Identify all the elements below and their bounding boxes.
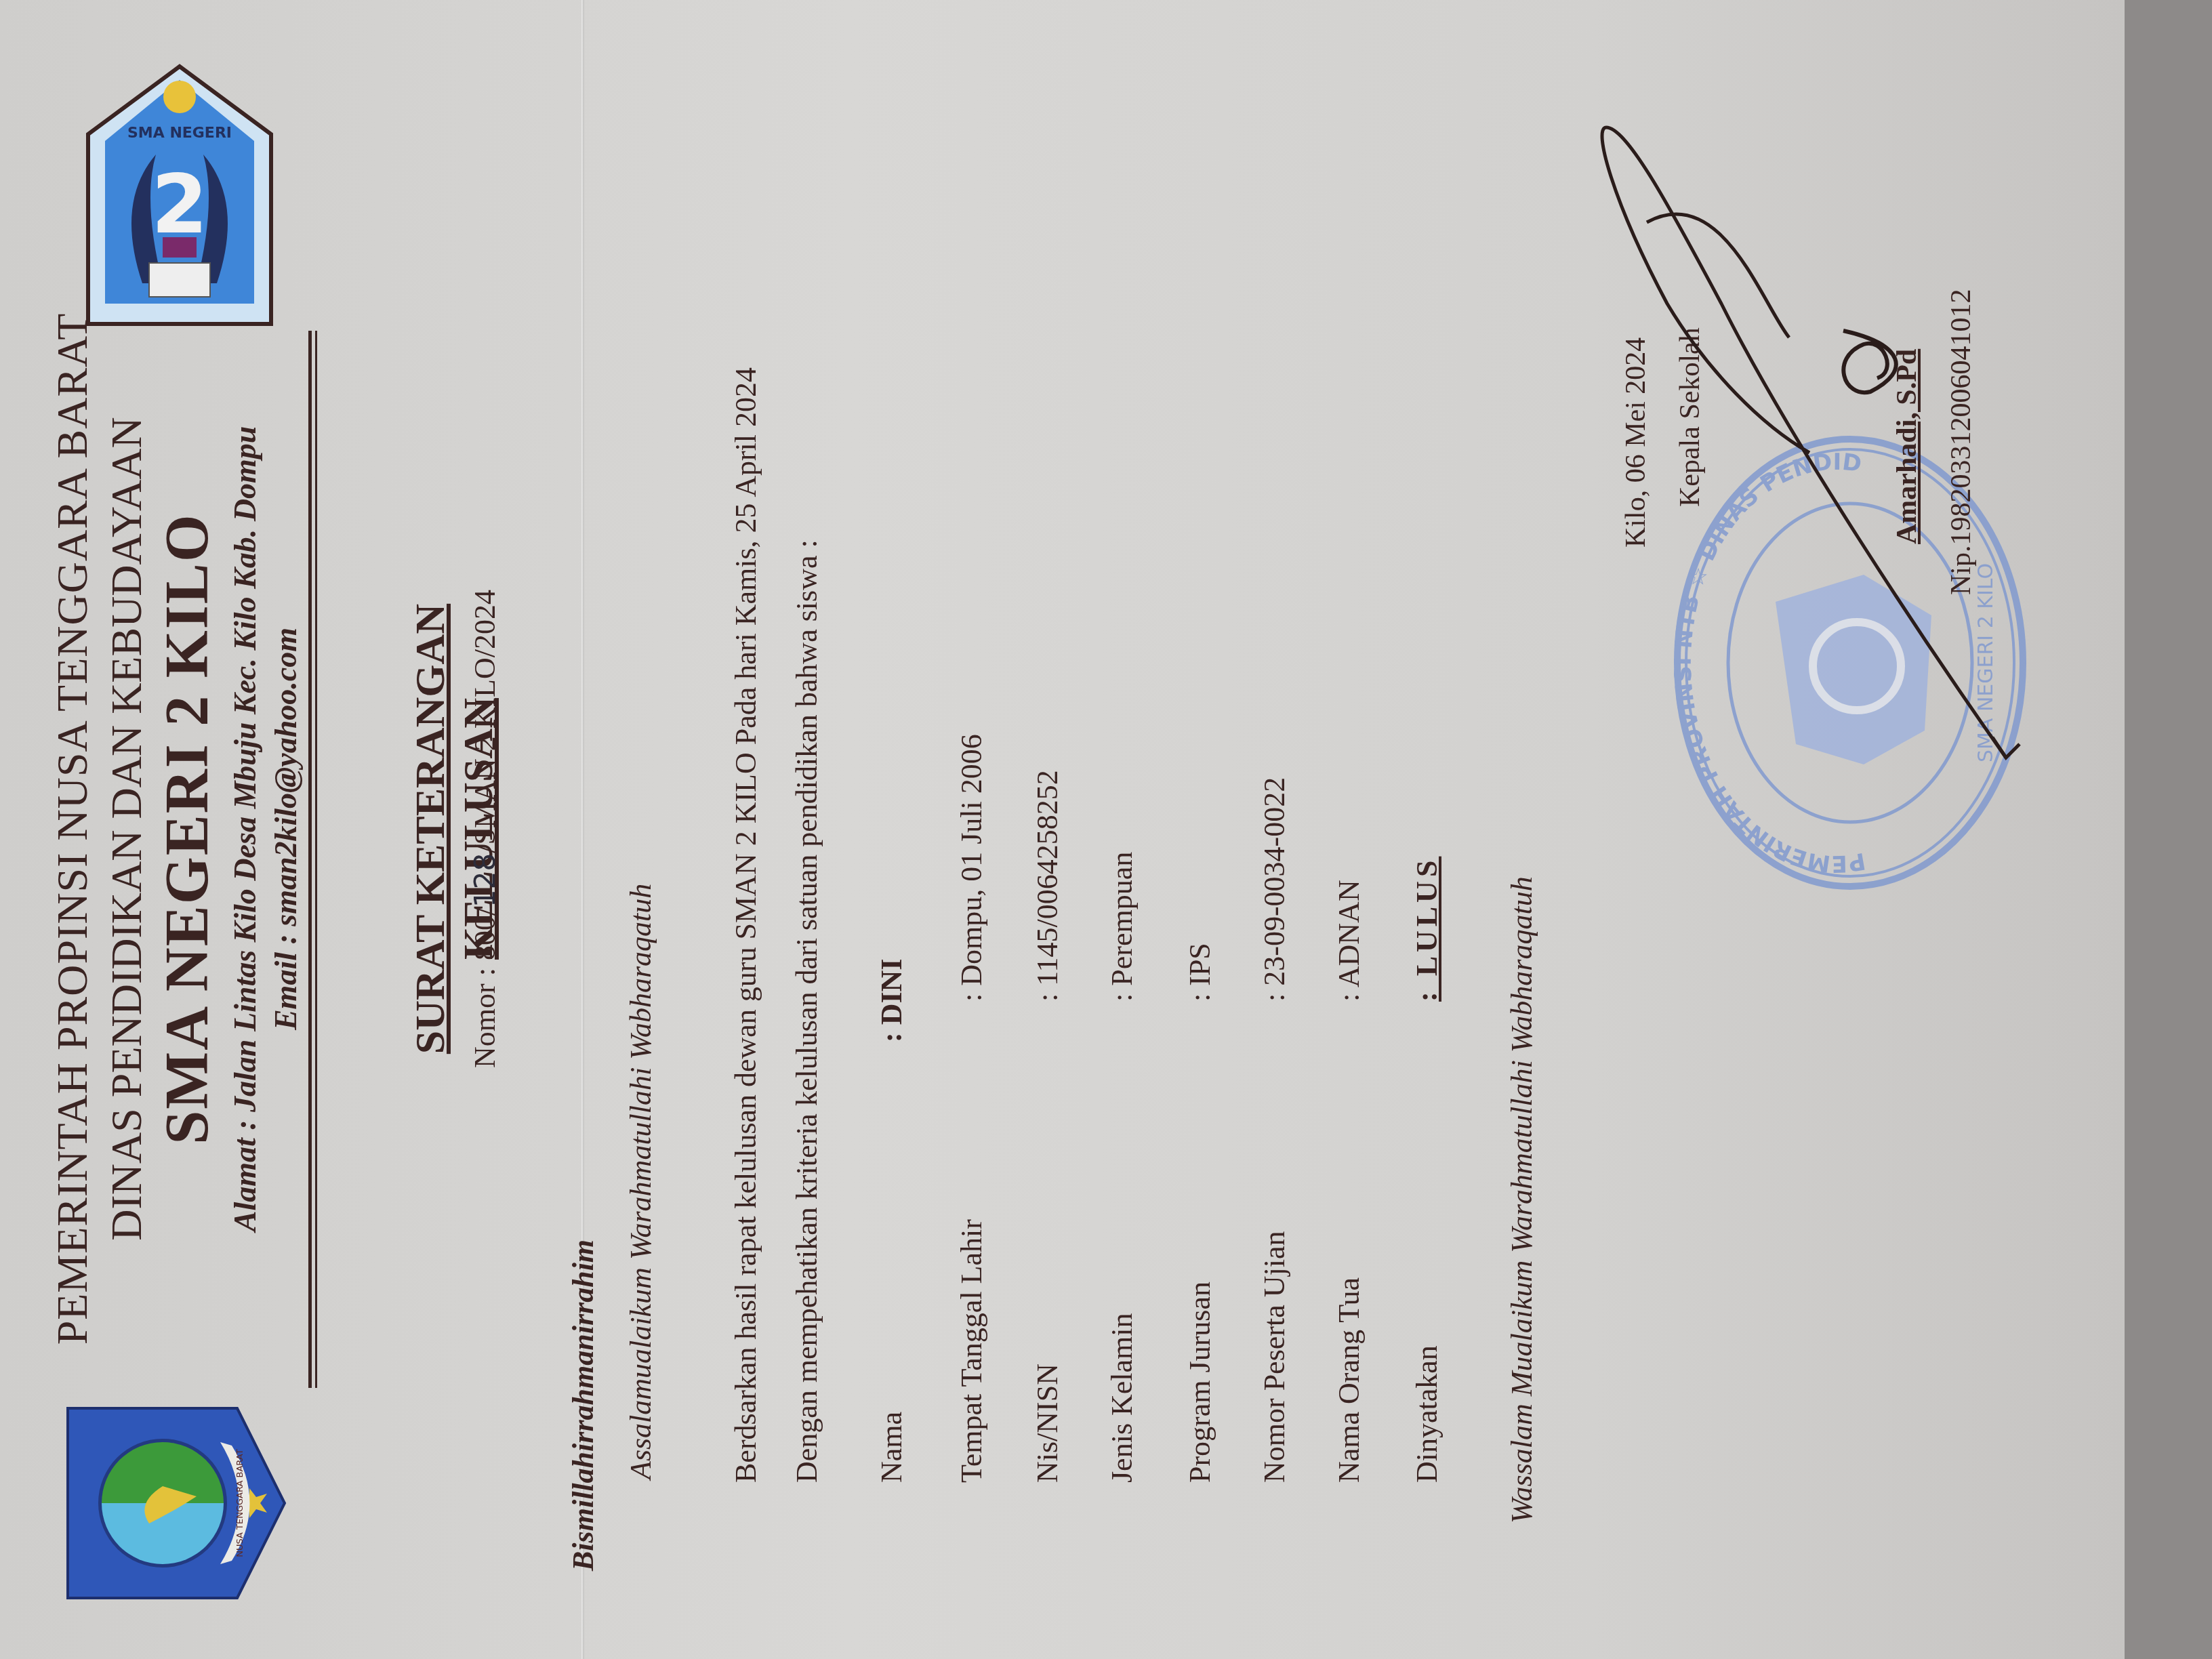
greeting: Assalamualaikum Warahmatullahi Wabharaqa…: [623, 884, 658, 1479]
paragraph-meeting: Berdsarkan hasil rapat kelulusan dewan g…: [729, 367, 763, 1483]
letterhead-government: PEMERINTAH PROPINSI NUSA TENGGARA BARAT: [47, 270, 98, 1388]
field-label: Nama Orang Tua: [1332, 1277, 1366, 1483]
field-value-name: : DINI: [874, 959, 909, 1042]
province-logo-icon: NUSA TENGGARA BARAT: [61, 1401, 291, 1605]
letterhead-school-name: SMA NEGERI 2 KILO: [152, 270, 222, 1388]
letterhead-department: DINAS PENDIDIKAN DAN KEBUDAYAAN: [102, 270, 152, 1388]
field-label: Nis/NISN: [1030, 1364, 1065, 1483]
letter-number-handwritten: 128: [468, 853, 501, 907]
graduation-status: : LULUS: [1410, 857, 1444, 1002]
field-value-birth: : Dompu, 01 Juli 2006: [954, 734, 989, 1002]
field-value-exam-number: : 23-09-0034-0022: [1257, 777, 1292, 1002]
letter-number-suffix: /SMAN 2 KILO/2024: [468, 590, 501, 853]
school-logo-icon: 2 SMA NEGERI: [75, 53, 285, 337]
field-value-parent: : ADNAN: [1332, 880, 1366, 1002]
paragraph-criteria: Dengan mempehatikan kriteria kelulusan d…: [790, 539, 824, 1483]
signatory-nip: Nip.198203312006041012: [1945, 289, 1978, 596]
basmalah: Bismillahirrahmanirrahim: [566, 1240, 600, 1571]
letterhead-rule: [308, 331, 312, 1388]
letterhead-email: Email : sman2kilo@yahoo.com: [268, 270, 304, 1388]
svg-text:SMA NEGERI: SMA NEGERI: [127, 125, 232, 142]
field-label: Tempat Tanggal Lahir: [954, 1219, 989, 1483]
field-label: Jenis Kelamin: [1105, 1313, 1139, 1483]
letterhead-address: Alamat : Jalan Lintas Kilo Desa Mbuju Ke…: [227, 270, 263, 1388]
field-label: Nomor Peserta Ujian: [1257, 1231, 1292, 1483]
field-value-program: : IPS: [1183, 943, 1217, 1002]
field-value-gender: : Perempuan: [1105, 852, 1139, 1002]
signatory-name: Amarhadi, S.Pd: [1891, 349, 1923, 544]
field-label: Dinyatakan: [1410, 1345, 1444, 1483]
svg-text:NUSA TENGGARA BARAT: NUSA TENGGARA BARAT: [235, 1449, 245, 1557]
field-label: Program Jurusan: [1183, 1282, 1217, 1483]
letter-number: Nomor : 800/128/SMAN 2 KILO/2024: [468, 473, 502, 1185]
field-label: Nama: [874, 1412, 909, 1483]
closing-greeting: Wassalam Mualaikum Warahmatullahi Wabhar…: [1504, 876, 1539, 1523]
field-value-nisn: : 1145/0064258252: [1030, 770, 1065, 1002]
letterhead-rule-thin: [315, 331, 317, 1388]
letter-number-prefix: Nomor : 800/: [468, 907, 501, 1068]
graduation-letter: NUSA TENGGARA BARAT PEMERINTAH PROPINSI …: [0, 0, 2125, 1659]
